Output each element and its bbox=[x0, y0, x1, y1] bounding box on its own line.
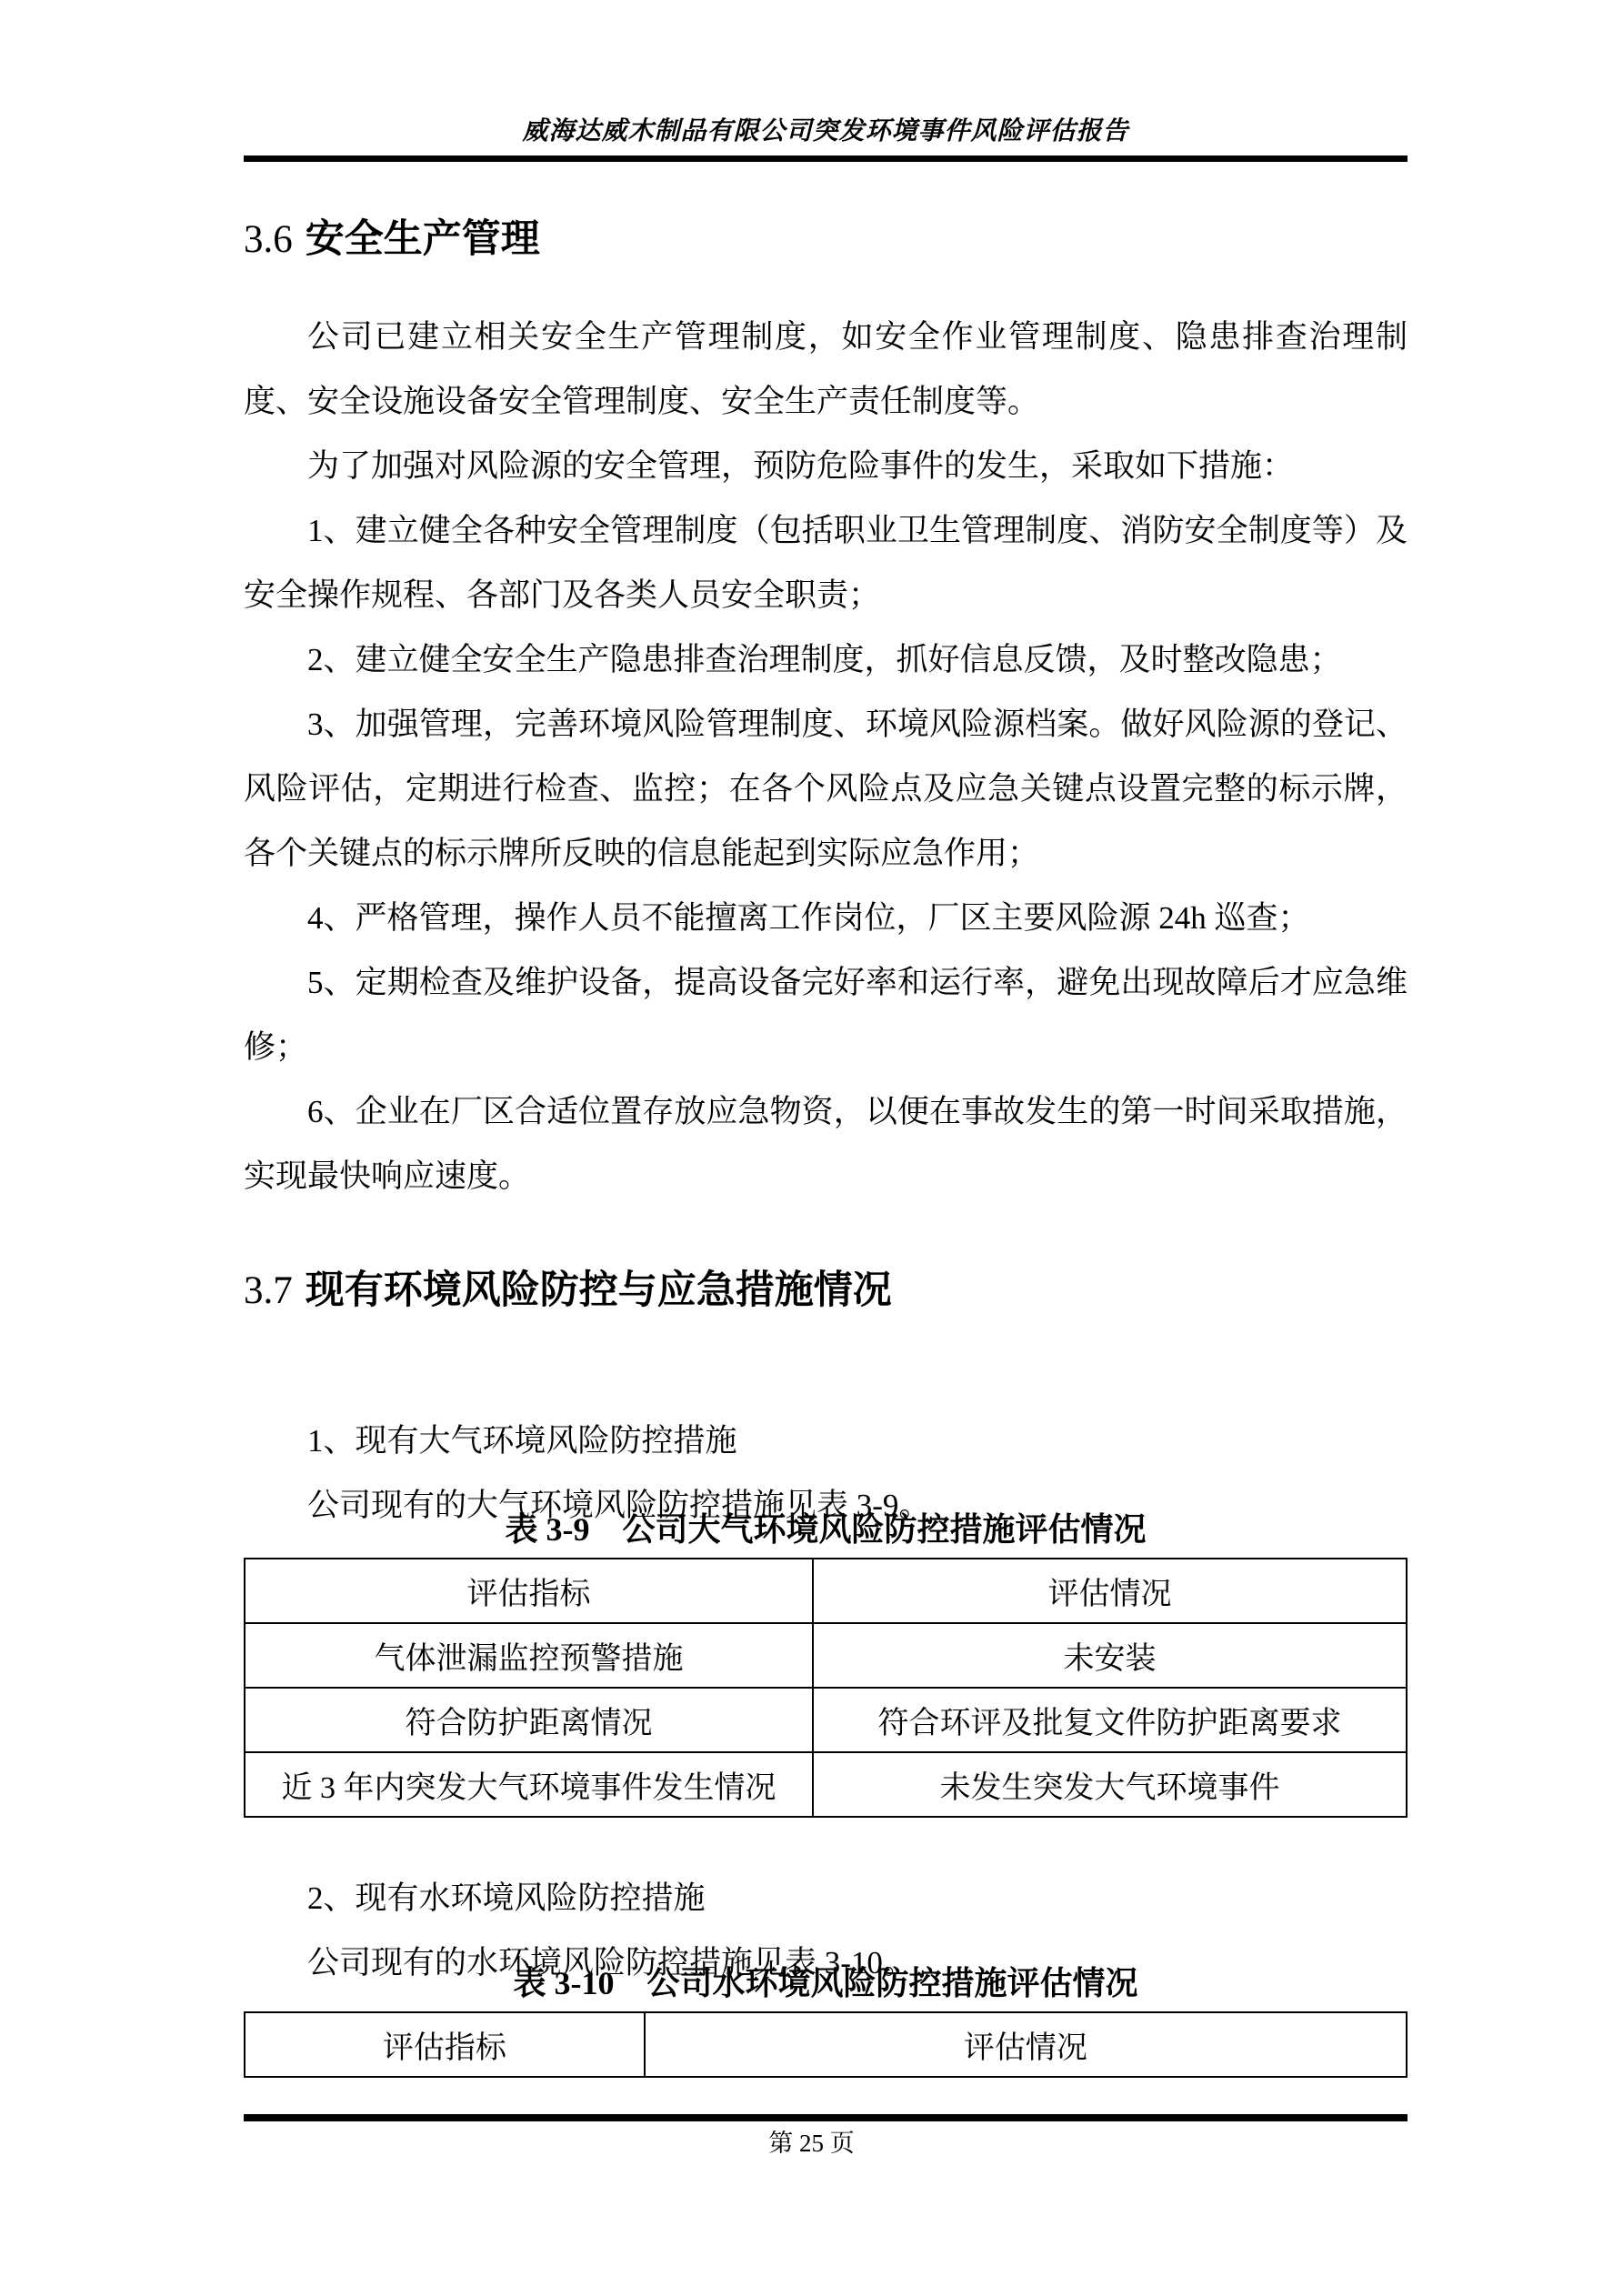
section-title: 安全生产管理 bbox=[306, 217, 540, 261]
body-paragraph: 2、建立健全安全生产隐患排查治理制度，抓好信息反馈，及时整改隐患； bbox=[244, 627, 1408, 692]
table-row: 近 3 年内突发大气环境事件发生情况 未发生突发大气环境事件 bbox=[245, 1752, 1407, 1817]
table-3-10: 评估指标 评估情况 bbox=[244, 2011, 1408, 2078]
body-paragraph: 6、企业在厂区合适位置存放应急物资，以便在事故发生的第一时间采取措施，实现最快响… bbox=[244, 1079, 1408, 1208]
body-paragraph: 为了加强对风险源的安全管理，预防危险事件的发生，采取如下措施： bbox=[244, 434, 1408, 498]
running-header-title: 威海达威木制品有限公司突发环境事件风险评估报告 bbox=[244, 116, 1408, 147]
footer-divider bbox=[244, 2114, 1408, 2121]
table-cell: 气体泄漏监控预警措施 bbox=[245, 1623, 813, 1688]
table-cell: 符合环评及批复文件防护距离要求 bbox=[813, 1688, 1407, 1752]
table-cell: 未发生突发大气环境事件 bbox=[813, 1752, 1407, 1817]
body-paragraph: 公司已建立相关安全生产管理制度，如安全作业管理制度、隐患排查治理制度、安全设施设… bbox=[244, 305, 1408, 434]
column-header: 评估情况 bbox=[813, 1559, 1407, 1623]
table-caption-label: 表 3-9 bbox=[505, 1511, 589, 1548]
table-cell: 符合防护距离情况 bbox=[245, 1688, 813, 1752]
header-divider bbox=[244, 155, 1408, 162]
column-header: 评估指标 bbox=[245, 2012, 645, 2077]
section-title: 现有环境风险防控与应急措施情况 bbox=[306, 1268, 892, 1312]
table-row: 气体泄漏监控预警措施 未安装 bbox=[245, 1623, 1407, 1688]
section-heading-3-7: 3.7现有环境风险防控与应急措施情况 bbox=[244, 1269, 1408, 1312]
body-paragraph: 5、定期检查及维护设备，提高设备完好率和运行率，避免出现故障后才应急维修； bbox=[244, 950, 1408, 1079]
column-header: 评估情况 bbox=[645, 2012, 1407, 2077]
table-3-10-caption: 表 3-10公司水环境风险防控措施评估情况 bbox=[244, 1963, 1408, 2003]
table-header-row: 评估指标 评估情况 bbox=[245, 1559, 1407, 1623]
table-cell: 近 3 年内突发大气环境事件发生情况 bbox=[245, 1752, 813, 1817]
body-paragraph: 1、建立健全各种安全管理制度（包括职业卫生管理制度、消防安全制度等）及安全操作规… bbox=[244, 498, 1408, 627]
section-heading-3-6: 3.6安全生产管理 bbox=[244, 218, 1408, 261]
body-paragraph: 4、严格管理，操作人员不能擅离工作岗位，厂区主要风险源 24h 巡查； bbox=[244, 886, 1408, 950]
body-paragraph: 3、加强管理，完善环境风险管理制度、环境风险源档案。做好风险源的登记、风险评估，… bbox=[244, 692, 1408, 886]
document-page: 威海达威木制品有限公司突发环境事件风险评估报告 3.6安全生产管理 公司已建立相… bbox=[0, 0, 1623, 2296]
section-number: 3.7 bbox=[244, 1269, 293, 1312]
table-cell: 未安装 bbox=[813, 1623, 1407, 1688]
table-caption-label: 表 3-10 bbox=[513, 1965, 614, 2001]
page-number: 第 25 页 bbox=[0, 2128, 1623, 2159]
table-caption-title: 公司水环境风险防控措施评估情况 bbox=[646, 1964, 1137, 2001]
table-caption-title: 公司大气环境风险防控措施评估情况 bbox=[622, 1510, 1146, 1548]
body-paragraph: 1、现有大气环境风险防控措施 bbox=[244, 1409, 1408, 1473]
body-paragraph: 2、现有水环境风险防控措施 bbox=[244, 1866, 1408, 1930]
section-3-6-body: 公司已建立相关安全生产管理制度，如安全作业管理制度、隐患排查治理制度、安全设施设… bbox=[244, 305, 1408, 1208]
table-3-9: 评估指标 评估情况 气体泄漏监控预警措施 未安装 符合防护距离情况 符合环评及批… bbox=[244, 1558, 1408, 1818]
table-3-9-caption: 表 3-9公司大气环境风险防控措施评估情况 bbox=[244, 1509, 1408, 1549]
table-row: 符合防护距离情况 符合环评及批复文件防护距离要求 bbox=[245, 1688, 1407, 1752]
table-header-row: 评估指标 评估情况 bbox=[245, 2012, 1407, 2077]
section-number: 3.6 bbox=[244, 218, 293, 261]
column-header: 评估指标 bbox=[245, 1559, 813, 1623]
